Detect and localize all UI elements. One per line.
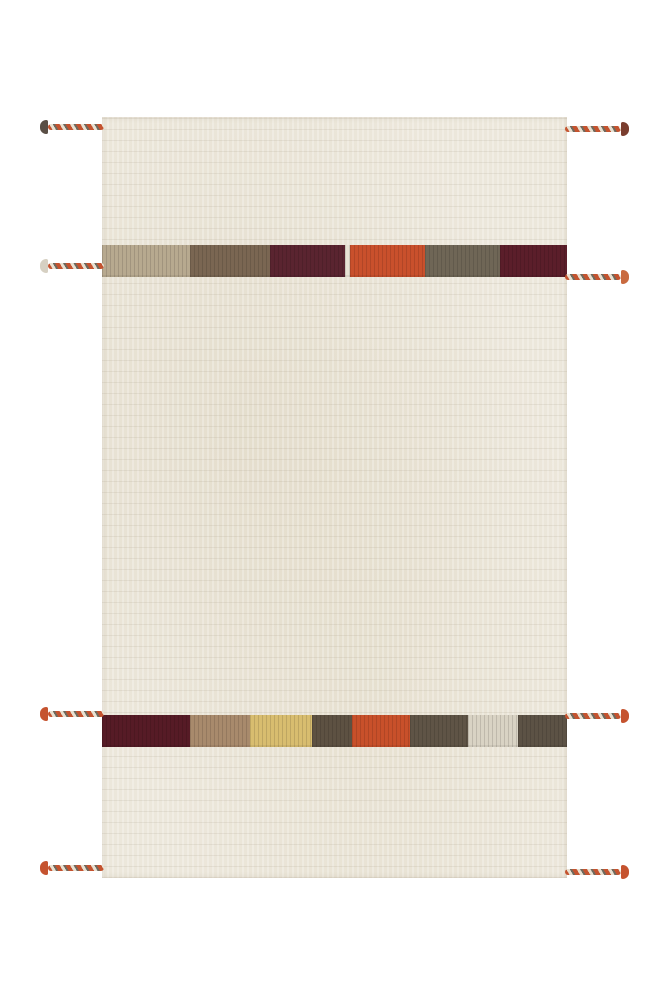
- fringe-segment: [350, 245, 425, 277]
- top-fringe-band: [102, 245, 567, 275]
- tassel-tip: [40, 259, 48, 273]
- fringe-segment: [190, 245, 270, 277]
- tassel-tip: [621, 270, 629, 284]
- tassel-cord: [48, 865, 104, 871]
- braided-tassel: [565, 125, 629, 133]
- braided-tassel: [40, 710, 104, 718]
- tassel-cord: [565, 126, 621, 132]
- product-photo: [0, 0, 667, 1000]
- fringe-segment: [102, 245, 190, 277]
- tassel-cord: [48, 711, 104, 717]
- tassel-tip: [40, 120, 48, 134]
- fringe-segment: [270, 245, 345, 277]
- tassel-tip: [621, 122, 629, 136]
- braided-tassel: [565, 273, 629, 281]
- tassel-cord: [48, 263, 104, 269]
- tassel-cord: [565, 713, 621, 719]
- tassel-tip: [621, 865, 629, 879]
- bottom-fringe-band: [102, 715, 567, 745]
- tassel-tip: [621, 709, 629, 723]
- fringe-segment: [518, 715, 567, 747]
- fringe-segment: [102, 715, 190, 747]
- fringe-segment: [410, 715, 468, 747]
- braided-tassel: [40, 123, 104, 131]
- braided-tassel: [40, 262, 104, 270]
- fringe-segment: [500, 245, 567, 277]
- braided-tassel: [40, 864, 104, 872]
- fringe-segment: [312, 715, 352, 747]
- braided-tassel: [565, 868, 629, 876]
- tassel-cord: [565, 869, 621, 875]
- tassel-cord: [565, 274, 621, 280]
- fringe-segment: [250, 715, 312, 747]
- fringe-segment: [468, 715, 518, 747]
- tassel-tip: [40, 707, 48, 721]
- braided-tassel: [565, 712, 629, 720]
- tassel-tip: [40, 861, 48, 875]
- fringe-segment: [352, 715, 410, 747]
- rug-body: [102, 117, 567, 878]
- fringe-segment: [190, 715, 250, 747]
- fringe-segment: [425, 245, 500, 277]
- tassel-cord: [48, 124, 104, 130]
